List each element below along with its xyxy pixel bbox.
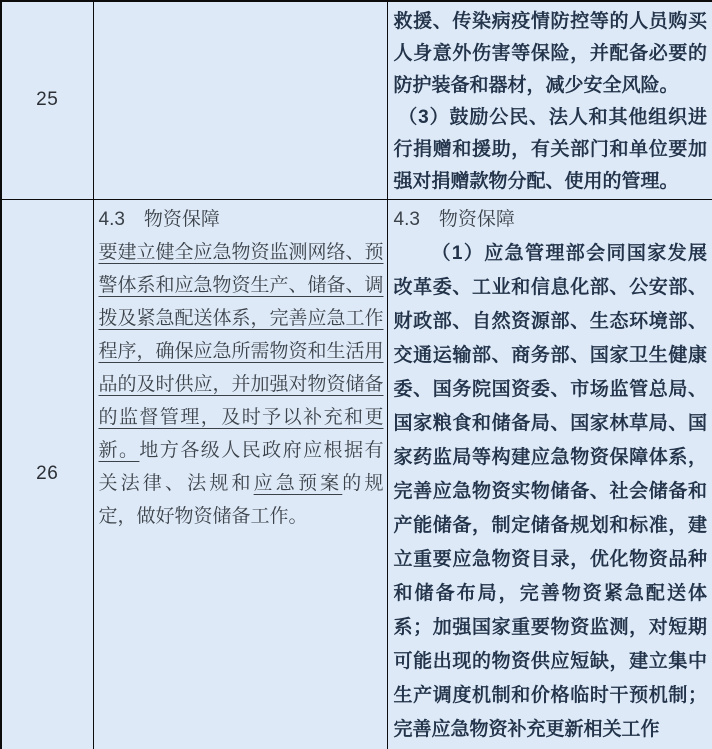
emergency-plan-comparison-table: 25 救援、传染病疫情防控等的人员购买人身意外伤害等保险，并配备必要的防护装备和… [0, 0, 712, 749]
row-number-25: 25 [1, 1, 93, 199]
row-25-right-cell: 救援、传染病疫情防控等的人员购买人身意外伤害等保险，并配备必要的防护装备和器材，… [387, 1, 712, 199]
underlined-text-segment: 应急预案 [254, 473, 343, 494]
document-page: 25 救援、传染病疫情防控等的人员购买人身意外伤害等保险，并配备必要的防护装备和… [0, 0, 712, 749]
section-heading-material-support-left: 4.3 物资保障 [99, 203, 384, 236]
row-26-middle-cell: 4.3 物资保障 要建立健全应急物资监测网络、预警体系和应急物资生产、储备、调拨… [93, 199, 387, 749]
row-number-26: 26 [1, 199, 93, 749]
section-heading-material-support-right: 4.3 物资保障 [394, 203, 708, 237]
row-25-paragraph-insurance: 救援、传染病疫情防控等的人员购买人身意外伤害等保险，并配备必要的防护装备和器材，… [394, 6, 708, 102]
row-25-middle-cell-empty [93, 1, 387, 199]
row-26-middle-body-richtext: 要建立健全应急物资监测网络、预警体系和应急物资生产、储备、调拨及紧急配送体系，完… [99, 236, 384, 533]
table-row-25: 25 救援、传染病疫情防控等的人员购买人身意外伤害等保险，并配备必要的防护装备和… [1, 1, 712, 199]
row-25-paragraph-donations: （3）鼓励公民、法人和其他组织进行捐赠和援助，有关部门和单位要加强对捐赠款物分配… [394, 102, 708, 198]
underlined-text-segment: 要建立健全应急物资监测网络、预警体系和应急物资生产、储备、调拨及紧急配送体系，完… [99, 242, 384, 461]
row-26-paragraph-reserve-system: （1）应急管理部会同国家发展改革委、工业和信息化部、公安部、财政部、自然资源部、… [394, 237, 708, 747]
table-row-26: 26 4.3 物资保障 要建立健全应急物资监测网络、预警体系和应急物资生产、储备… [1, 199, 712, 749]
row-26-right-cell: 4.3 物资保障 （1）应急管理部会同国家发展改革委、工业和信息化部、公安部、财… [387, 199, 712, 749]
